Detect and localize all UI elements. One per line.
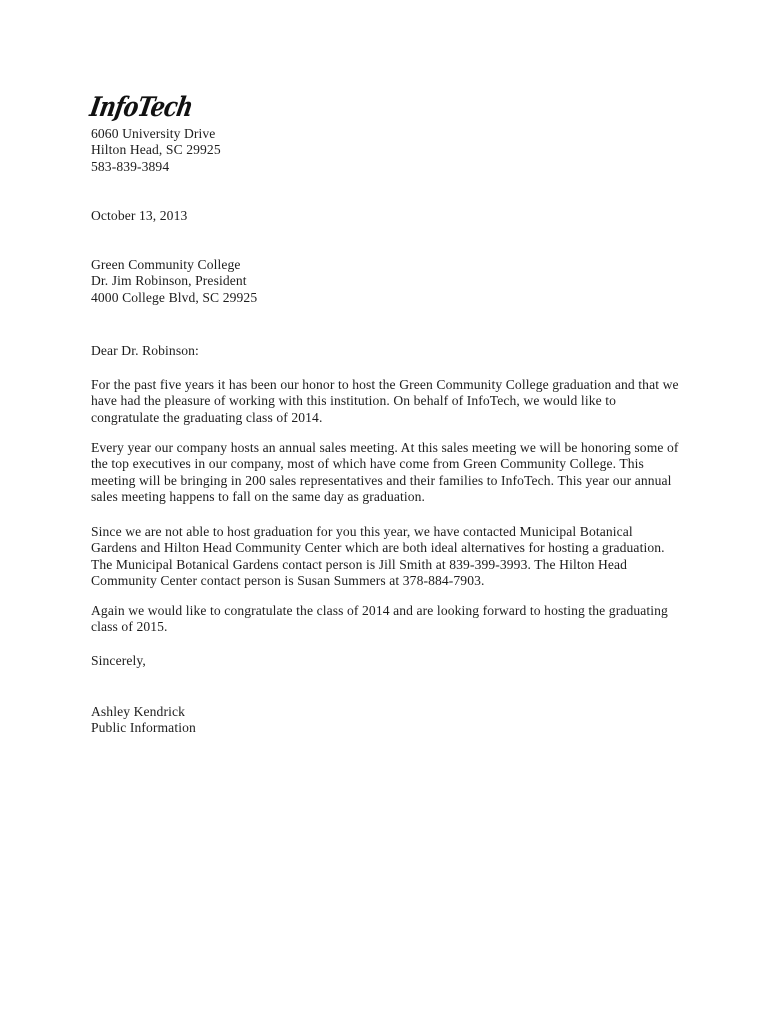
letterhead-address: 6060 University Drive Hilton Head, SC 29… — [91, 126, 716, 175]
signer-title: Public Information — [91, 720, 716, 736]
body-paragraph-2: Every year our company hosts an annual s… — [91, 440, 716, 505]
body-paragraph-4: Again we would like to congratulate the … — [91, 603, 716, 636]
company-logo: InfoTech — [87, 90, 195, 126]
salutation: Dear Dr. Robinson: — [91, 343, 716, 359]
signer-name: Ashley Kendrick — [91, 704, 716, 720]
body-paragraph-3: Since we are not able to host graduation… — [91, 524, 716, 589]
letter-page: InfoTech 6060 University Drive Hilton He… — [0, 0, 768, 1024]
body-paragraph-1: For the past five years it has been our … — [91, 377, 716, 426]
closing: Sincerely, — [91, 653, 716, 669]
letter-date: October 13, 2013 — [91, 208, 716, 224]
recipient-address: Green Community College Dr. Jim Robinson… — [91, 257, 716, 306]
